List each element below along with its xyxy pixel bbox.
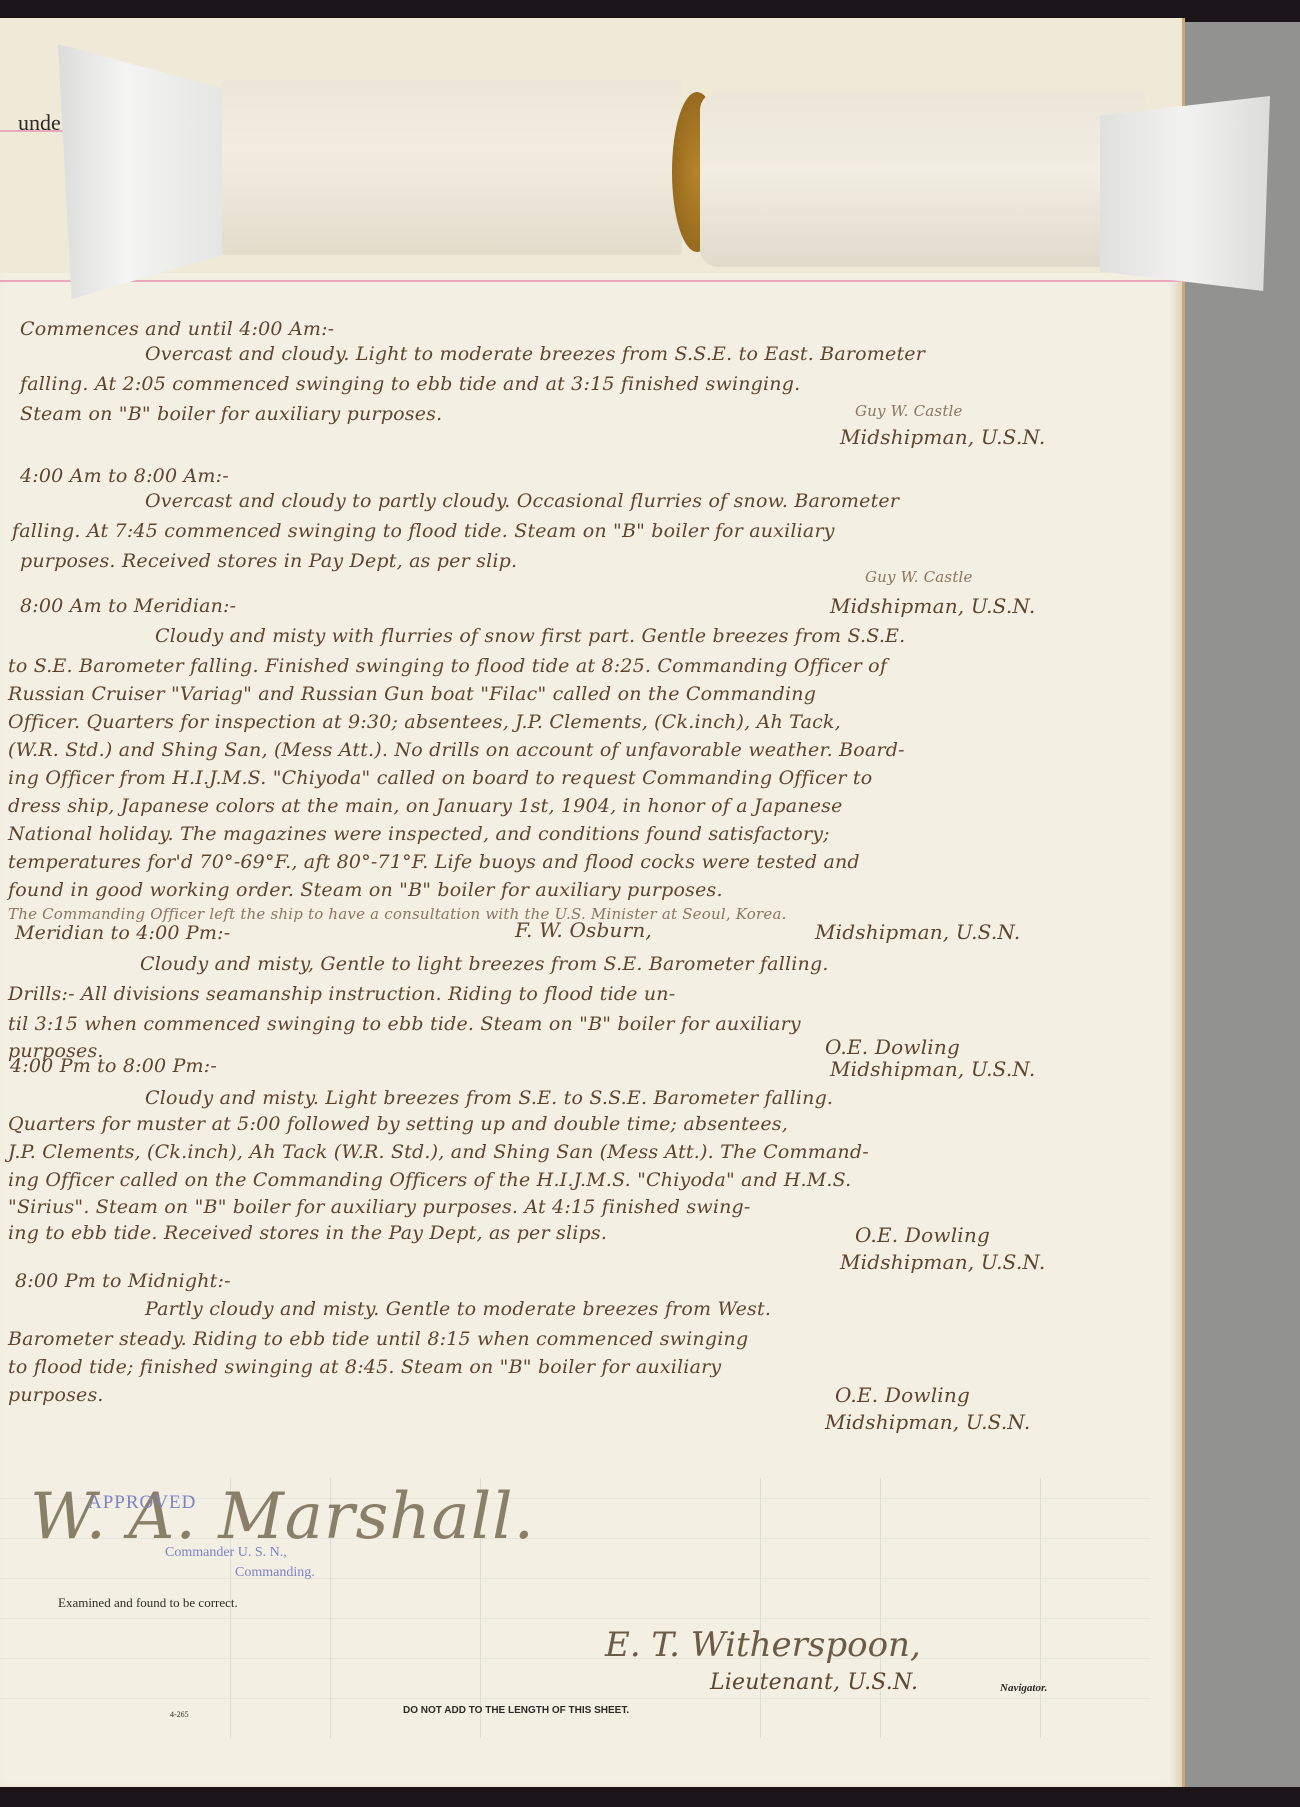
watch-rank: Midshipman, U.S.N. — [825, 1410, 1030, 1434]
navigator-signature: E. T. Witherspoon, — [605, 1625, 921, 1665]
paper-roll-right — [700, 92, 1145, 267]
paper-roll-left — [222, 80, 682, 255]
watch-line: to S.E. Barometer falling. Finished swin… — [8, 655, 887, 677]
commanding-title: Commanding. — [235, 1565, 315, 1581]
watch-rank: Midshipman, U.S.N. — [830, 1057, 1035, 1081]
navigator-title: Navigator. — [1000, 1682, 1047, 1694]
watch-line: Russian Cruiser "Variag" and Russian Gun… — [8, 683, 816, 705]
watch-signature: F. W. Osburn, — [515, 918, 652, 942]
watch-line: Drills:- All divisions seamanship instru… — [8, 983, 675, 1005]
watch-line: J.P. Clements, (Ck.inch), Ah Tack (W.R. … — [8, 1141, 869, 1163]
watch-heading: 8:00 Am to Meridian:- — [20, 595, 236, 617]
watch-heading: 4:00 Am to 8:00 Am:- — [20, 465, 229, 487]
watch-heading: Meridian to 4:00 Pm:- — [15, 922, 230, 944]
watch-line: til 3:15 when commenced swinging to ebb … — [8, 1013, 801, 1035]
watch-rank: Midshipman, U.S.N. — [840, 425, 1045, 449]
watch-heading: 8:00 Pm to Midnight:- — [15, 1270, 231, 1292]
watch-line: Officer. Quarters for inspection at 9:30… — [8, 711, 841, 733]
watch-rank: Midshipman, U.S.N. — [840, 1250, 1045, 1274]
watch-line: ing Officer called on the Commanding Off… — [8, 1169, 851, 1191]
watch-line: purposes. — [8, 1384, 104, 1406]
watch-signature: O.E. Dowling — [825, 1035, 960, 1059]
watch-line: purposes. Received stores in Pay Dept, a… — [20, 550, 517, 572]
watch-line: Cloudy and misty with flurries of snow f… — [155, 625, 905, 647]
header-left-text: unde — [18, 110, 61, 136]
watch-line: to flood tide; finished swinging at 8:45… — [8, 1356, 721, 1378]
watch-line: Cloudy and misty. Light breezes from S.E… — [145, 1087, 833, 1109]
navigator-rank: Lieutenant, U.S.N. — [710, 1670, 918, 1695]
background-bottom — [0, 1787, 1300, 1807]
watch-line: found in good working order. Steam on "B… — [8, 879, 723, 901]
watch-line: ing Officer from H.I.J.M.S. "Chiyoda" ca… — [8, 767, 872, 789]
watch-line: Partly cloudy and misty. Gentle to moder… — [145, 1298, 771, 1320]
cloth-wrap-right — [1100, 96, 1270, 291]
watch-line: National holiday. The magazines were ins… — [8, 823, 830, 845]
watch-line: Quarters for muster at 5:00 followed by … — [8, 1113, 788, 1135]
watch-line: Barometer steady. Riding to ebb tide unt… — [8, 1328, 748, 1350]
watch-rank: Midshipman, U.S.N. — [830, 594, 1035, 618]
watch-line: Overcast and cloudy to partly cloudy. Oc… — [145, 490, 899, 512]
form-number: 4-265 — [170, 1710, 189, 1719]
watch-line: falling. At 2:05 commenced swinging to e… — [20, 373, 800, 395]
watch-line: Overcast and cloudy. Light to moderate b… — [145, 343, 925, 365]
examined-text: Examined and found to be correct. — [58, 1595, 238, 1611]
watch-line: dress ship, Japanese colors at the main,… — [8, 795, 843, 817]
pink-rule — [0, 280, 1182, 282]
watch-line: temperatures for'd 70°-69°F., aft 80°-71… — [8, 851, 860, 873]
watch-line: Cloudy and misty, Gentle to light breeze… — [140, 953, 829, 975]
watch-signature: O.E. Dowling — [855, 1223, 990, 1247]
watch-line: ing to ebb tide. Received stores in the … — [8, 1222, 607, 1244]
watch-heading: Commences and until 4:00 Am:- — [20, 318, 334, 340]
watch-signature: Guy W. Castle — [855, 402, 963, 420]
watch-note: The Commanding Officer left the ship to … — [8, 905, 787, 923]
watch-line: Steam on "B" boiler for auxiliary purpos… — [20, 403, 442, 425]
commander-title: Commander U. S. N., — [165, 1545, 287, 1561]
length-notice: DO NOT ADD TO THE LENGTH OF THIS SHEET. — [403, 1705, 629, 1716]
approved-stamp: APPROVED — [88, 1492, 196, 1514]
watch-signature: O.E. Dowling — [835, 1383, 970, 1407]
watch-line: (W.R. Std.) and Shing San, (Mess Att.). … — [8, 739, 905, 761]
watch-rank: Midshipman, U.S.N. — [815, 920, 1020, 944]
watch-line: falling. At 7:45 commenced swinging to f… — [12, 520, 835, 542]
watch-signature: Guy W. Castle — [865, 568, 973, 586]
watch-heading: 4:00 Pm to 8:00 Pm:- — [10, 1055, 217, 1077]
watch-line: "Sirius". Steam on "B" boiler for auxili… — [8, 1196, 751, 1218]
